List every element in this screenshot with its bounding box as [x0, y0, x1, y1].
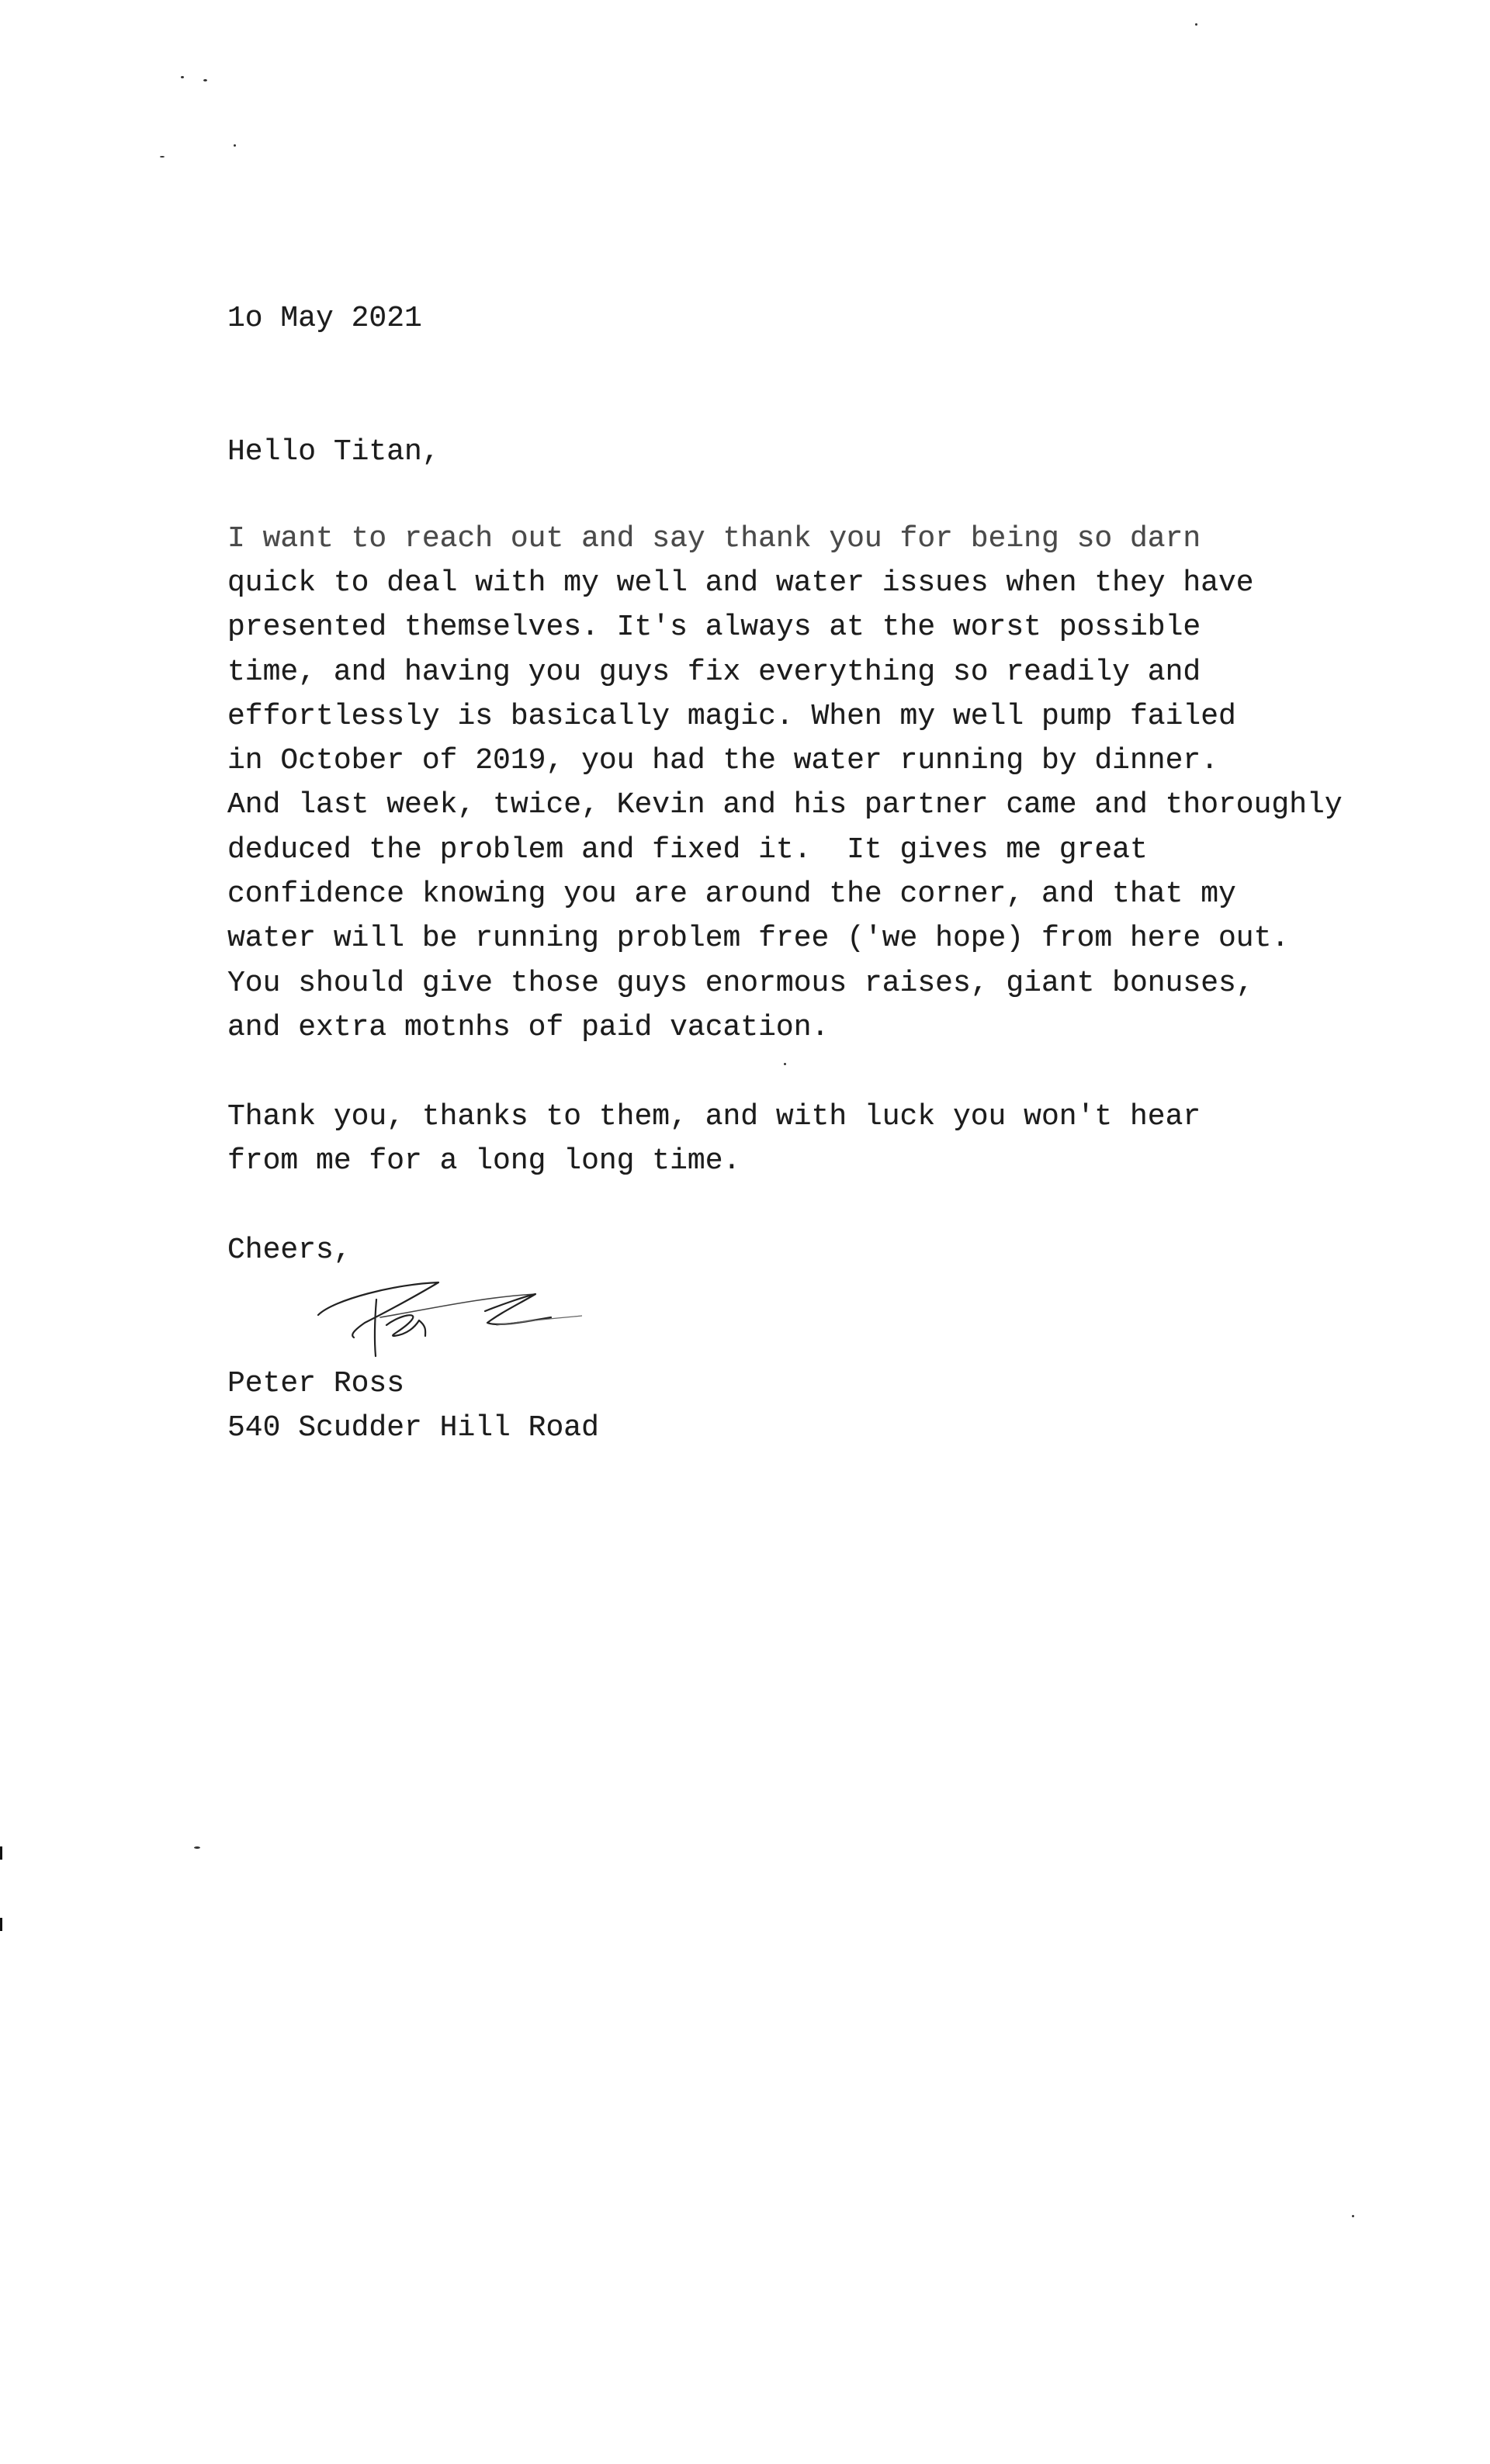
scan-edge-mark: [0, 1918, 2, 1931]
paragraph-line: And last week, twice, Kevin and his part…: [227, 791, 1343, 820]
letter-page: 1o May 2021 Hello Titan, I want to reach…: [0, 0, 1490, 2464]
scan-edge-mark: [0, 1846, 2, 1860]
paragraph-line: from me for a long long time.: [227, 1147, 740, 1176]
letter-date: 1o May 2021: [227, 304, 422, 334]
scan-speck: [1352, 2215, 1354, 2217]
paragraph-line: confidence knowing you are around the co…: [227, 880, 1236, 909]
paragraph-line: effortlessly is basically magic. When my…: [227, 702, 1236, 732]
sender-address: 540 Scudder Hill Road: [227, 1414, 599, 1443]
scan-speck: [194, 1846, 200, 1849]
scan-speck: [784, 1063, 786, 1065]
paragraph-line: time, and having you guys fix everything…: [227, 658, 1201, 687]
letter-closing: Cheers,: [227, 1236, 352, 1265]
paragraph-line: deduced the problem and fixed it. It giv…: [227, 836, 1148, 865]
paragraph-line: water will be running problem free ('we …: [227, 924, 1289, 953]
scan-speck: [203, 79, 207, 81]
letter-salutation: Hello Titan,: [227, 438, 440, 467]
paragraph-line: in October of 2019, you had the water ru…: [227, 746, 1218, 776]
sender-name: Peter Ross: [227, 1369, 404, 1399]
paragraph-line: I want to reach out and say thank you fo…: [227, 524, 1201, 554]
paragraph-line: and extra motnhs of paid vacation.: [227, 1013, 829, 1043]
scan-speck: [1195, 23, 1197, 26]
handwritten-signature-icon: [303, 1280, 582, 1365]
paragraph-line: You should give those guys enormous rais…: [227, 969, 1254, 998]
paragraph-line: presented themselves. It's always at the…: [227, 613, 1201, 642]
scan-speck: [234, 144, 236, 147]
paragraph-line: Thank you, thanks to them, and with luck…: [227, 1102, 1201, 1132]
paragraph-line: quick to deal with my well and water iss…: [227, 569, 1254, 598]
scan-speck: [181, 76, 184, 78]
scan-speck: [160, 156, 165, 157]
